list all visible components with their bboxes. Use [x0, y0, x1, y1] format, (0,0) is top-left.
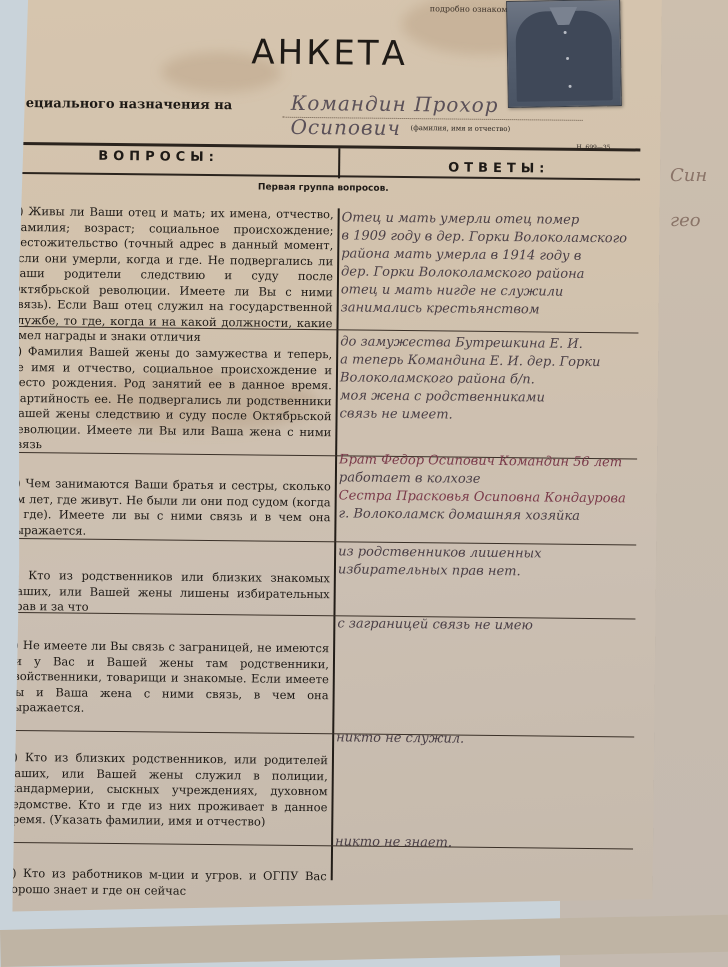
answer-4: из родственников лишенных избирательных …: [338, 543, 638, 582]
answer-3: Брат Федор Осипович Командин 56 лет рабо…: [338, 451, 639, 526]
group-title: Первая группа вопросов.: [258, 182, 389, 193]
question-4: 4) Кто из родственников или близких знак…: [7, 568, 329, 618]
answer-1: Отец и мать умерли отец помер в 1909 год…: [341, 209, 642, 320]
question-5: 5) Не имеете ли Вы связь с заграницей, н…: [6, 638, 329, 719]
coat-button: [569, 85, 572, 88]
answer-2: до замужества Бутрешкина Е. И. а теперь …: [339, 333, 640, 426]
answer-5: с заграницей связь не имею: [337, 615, 637, 636]
answers-header: ОТВЕТЫ:: [448, 160, 549, 176]
portrait-photo: [506, 0, 622, 108]
questions-header: ВОПРОСЫ:: [98, 149, 219, 165]
name-caption: (фамилия, имя и отчество): [411, 124, 511, 133]
question-2: 2) Фамилия Вашей жены до замужества и те…: [9, 344, 332, 456]
purpose-label: ециального назначения на: [26, 96, 233, 113]
answer-6: никто не служил.: [336, 729, 636, 750]
header-column-divider: [338, 148, 340, 178]
question-3: 3) Чем занимаются Ваши братья и сестры, …: [8, 476, 331, 541]
questionnaire-sheet: подробно ознакомитесь АНКЕТА ециального …: [12, 0, 662, 957]
question-1: 1) Живы ли Ваши отец и мать; их имена, о…: [10, 204, 333, 347]
coat-button: [564, 31, 567, 34]
answer-7: никто не знает.: [335, 833, 635, 854]
purpose-row: ециального назначения на Командин Прохор…: [21, 88, 581, 124]
document-title: АНКЕТА: [251, 32, 408, 74]
question-6: 6) Кто из близких родственников, или род…: [5, 750, 328, 831]
coat-button: [566, 57, 569, 60]
question-7: 7) Кто из работников м-ции и угров. и ОГ…: [5, 866, 327, 900]
